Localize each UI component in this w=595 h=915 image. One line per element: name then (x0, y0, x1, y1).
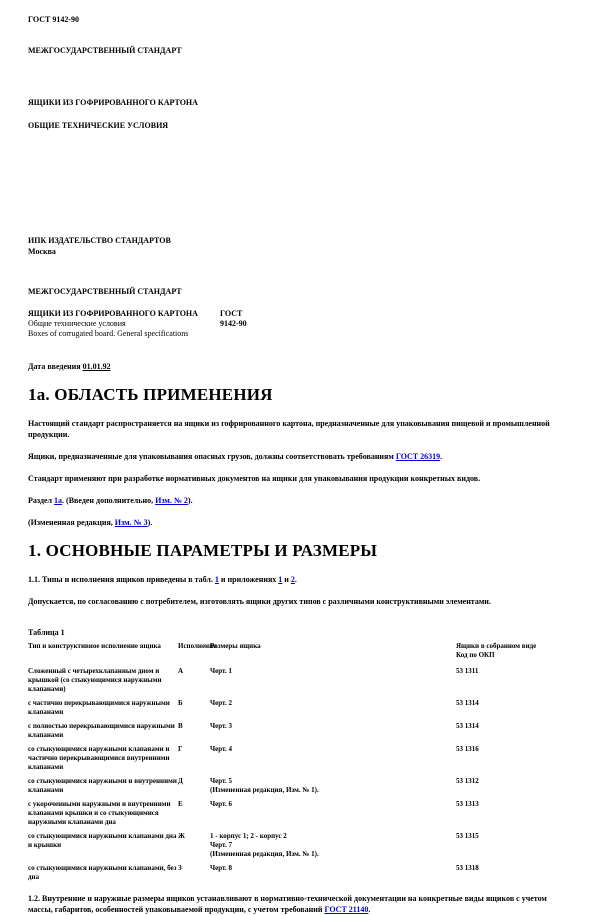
subtitle-ru: Общие технические условия (28, 319, 216, 329)
cell-okp-code: 53 1318 (456, 864, 567, 882)
cell-figure: Черт. 6 (210, 800, 456, 827)
link-razdel-1a[interactable]: 1а (54, 496, 62, 505)
cell-figure: 1 - корпус 1; 2 - корпус 2 Черт. 7 (Изме… (210, 832, 456, 859)
cell-figure: Черт. 5 (Измененная редакция, Изм. № 1). (210, 777, 456, 795)
text-run: . (Введен дополнительно, (62, 496, 155, 505)
date-value-link[interactable]: 01.01.92 (83, 362, 111, 371)
date-label: Дата введения (28, 362, 83, 371)
cell-type: со стыкующимися наружными клапанами и ча… (28, 745, 178, 772)
cell-index: Е (178, 800, 210, 827)
table-row: с частично перекрывающимися наружными кл… (28, 699, 567, 717)
paragraph-scope-1: Настоящий стандарт распространяется на я… (28, 418, 567, 440)
table-header-row: Тип и конструктивное исполнение ящика Ис… (28, 642, 567, 660)
document-title-caps: ЯЩИКИ ИЗ ГОФРИРОВАННОГО КАРТОНА (28, 97, 567, 108)
paragraph-scope-2: Ящики, предназначенные для упаковывания … (28, 451, 567, 462)
cell-index: З (178, 864, 210, 882)
cell-index: А (178, 667, 210, 694)
page-gap (28, 131, 567, 235)
paragraph-scope-3: Стандарт применяют при разработке нормат… (28, 473, 567, 484)
text-run: Раздел (28, 496, 54, 505)
col-header-figure: Размеры ящика (210, 642, 456, 660)
cell-figure: Черт. 4 (210, 745, 456, 772)
cell-type: с полностью перекрывающимися наружными к… (28, 722, 178, 740)
text-run: Ящики, предназначенные для упаковывания … (28, 452, 396, 461)
cell-type: со стыкующимися наружными клапанами, без… (28, 864, 178, 882)
cell-type: с частично перекрывающимися наружными кл… (28, 699, 178, 717)
table-row: со стыкующимися наружными клапанами, без… (28, 864, 567, 882)
paragraph-1-2: 1.2. Внутренние и наружные размеры ящико… (28, 893, 567, 915)
text-run: . (368, 905, 370, 914)
cell-index: Б (178, 699, 210, 717)
cell-figure: Черт. 8 (210, 864, 456, 882)
cell-index: Д (178, 777, 210, 795)
effective-date-line: Дата введения 01.01.92 (28, 361, 567, 372)
table-row: со стыкующимися наружными и внутренними … (28, 777, 567, 795)
col-header-index: Исполнение (178, 642, 210, 660)
standard-type-top: МЕЖГОСУДАРСТВЕННЫЙ СТАНДАРТ (28, 45, 567, 56)
text-run: 1.1. Типы и исполнения ящиков приведены … (28, 575, 215, 584)
cell-index: Ж (178, 832, 210, 859)
text-run: (Измененная редакция, (28, 518, 115, 527)
cell-type: с укороченными наружными и внутренними к… (28, 800, 178, 827)
table-row: с укороченными наружными и внутренними к… (28, 800, 567, 827)
table-row: Сложенный с четырехклапанным дном и крыш… (28, 667, 567, 694)
standard-type-heading: МЕЖГОСУДАРСТВЕННЫЙ СТАНДАРТ (28, 286, 567, 297)
cell-figure: Черт. 3 (210, 722, 456, 740)
doc-number-top: ГОСТ 9142-90 (28, 14, 567, 25)
text-run: и (282, 575, 291, 584)
text-run: . (295, 575, 297, 584)
table-1: Тип и конструктивное исполнение ящика Ис… (28, 642, 567, 882)
cell-figure: Черт. 2 (210, 699, 456, 717)
text-run: . (440, 452, 442, 461)
cell-okp-code: 53 1316 (456, 745, 567, 772)
section-gap (28, 257, 567, 286)
text-run: и приложениях (219, 575, 278, 584)
cell-index: В (178, 722, 210, 740)
cell-figure: Черт. 1 (210, 667, 456, 694)
doc-number-block: ГОСТ 9142-90 (220, 309, 247, 329)
cell-okp-code: 53 1313 (456, 800, 567, 827)
title-block-left: ЯЩИКИ ИЗ ГОФРИРОВАННОГО КАРТОНА Общие те… (28, 309, 216, 339)
table-row: со стыкующимися наружными клапанами и ча… (28, 745, 567, 772)
cell-okp-code: 53 1314 (456, 699, 567, 717)
text-run: ). (188, 496, 193, 505)
table-row: со стыкующимися наружными клапанами дна … (28, 832, 567, 859)
link-izm-3[interactable]: Изм. № 3 (115, 518, 148, 527)
table-1-caption: Таблица 1 (28, 627, 567, 638)
document-page: ГОСТ 9142-90 МЕЖГОСУДАРСТВЕННЫЙ СТАНДАРТ… (0, 0, 595, 915)
col-header-okp-code: Ящики в собранном виде Код по ОКП (456, 642, 567, 660)
text-run: 1.2. Внутренние и наружные размеры ящико… (28, 894, 547, 914)
publisher-city: Москва (28, 246, 567, 257)
cell-type: Сложенный с четырехклапанным дном и крыш… (28, 667, 178, 694)
doc-number-line2: 9142-90 (220, 319, 247, 329)
table-row: с полностью перекрывающимися наружными к… (28, 722, 567, 740)
subtitle-en: Boxes of corrugated board. General speci… (28, 329, 216, 339)
cell-okp-code: 53 1312 (456, 777, 567, 795)
cell-okp-code: 53 1314 (456, 722, 567, 740)
document-subtitle-caps: ОБЩИЕ ТЕХНИЧЕСКИЕ УСЛОВИЯ (28, 120, 567, 131)
link-izm-2[interactable]: Изм. № 2 (155, 496, 188, 505)
cell-type: со стыкующимися наружными и внутренними … (28, 777, 178, 795)
section-1-heading: 1. ОСНОВНЫЕ ПАРАМЕТРЫ И РАЗМЕРЫ (28, 541, 567, 561)
col-header-type: Тип и конструктивное исполнение ящика (28, 642, 178, 660)
link-gost-21140[interactable]: ГОСТ 21140 (324, 905, 368, 914)
cell-okp-code: 53 1311 (456, 667, 567, 694)
cell-index: Г (178, 745, 210, 772)
cell-type: со стыкующимися наружными клапанами дна … (28, 832, 178, 859)
cell-okp-code: 53 1315 (456, 832, 567, 859)
link-gost-26319[interactable]: ГОСТ 26319 (396, 452, 440, 461)
publisher: ИПК ИЗДАТЕЛЬСТВО СТАНДАРТОВ (28, 235, 567, 246)
paragraph-allowance: Допускается, по согласованию с потребите… (28, 596, 567, 607)
text-run: ). (148, 518, 153, 527)
section-1a-heading: 1а. ОБЛАСТЬ ПРИМЕНЕНИЯ (28, 385, 567, 405)
paragraph-razdel-1a: Раздел 1а. (Введен дополнительно, Изм. №… (28, 495, 567, 506)
paragraph-1-1: 1.1. Типы и исполнения ящиков приведены … (28, 574, 567, 585)
paragraph-izm-redakcia: (Измененная редакция, Изм. № 3). (28, 517, 567, 528)
title-ru: ЯЩИКИ ИЗ ГОФРИРОВАННОГО КАРТОНА (28, 309, 216, 319)
doc-number-line1: ГОСТ (220, 309, 247, 319)
title-block: ЯЩИКИ ИЗ ГОФРИРОВАННОГО КАРТОНА Общие те… (28, 309, 567, 339)
